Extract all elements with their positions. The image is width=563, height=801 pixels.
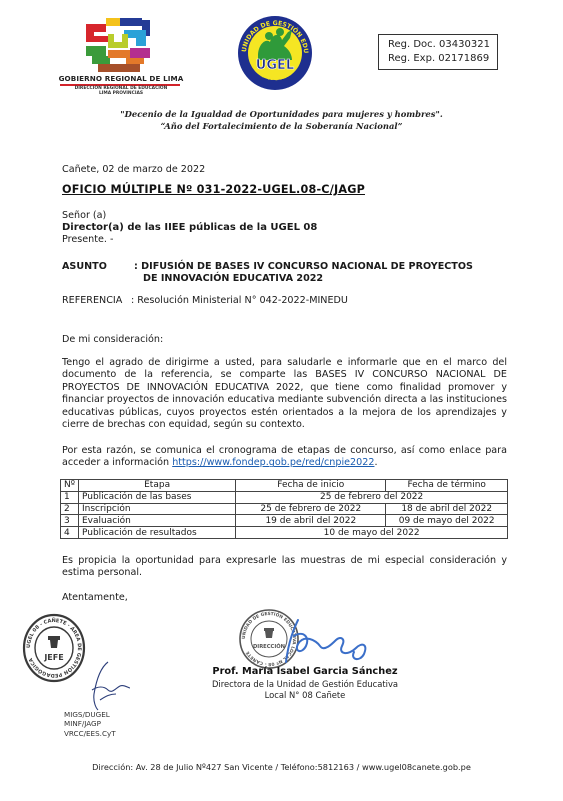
referencia-label: REFERENCIA [62,295,122,307]
gore-subtitle-line2: LIMA PROVINCIAS [56,91,186,96]
place-date: Cañete, 02 de marzo de 2022 [62,164,205,176]
ugel-logo: UNIDAD DE GESTIÓN EDUCATIVA LOCAL Nº 08 … [236,12,314,92]
header-number: Nº [61,480,79,492]
row-stage: Inscripción [78,503,235,515]
row-number: 4 [61,527,79,539]
signatory-role-line1: Directora de la Unidad de Gestión Educat… [195,679,415,690]
row-date: 10 de mayo del 2022 [236,527,508,539]
salutation-to: Señor (a) [62,210,106,222]
motto-decade: "Decenio de la Igualdad de Oportunidades… [0,109,563,119]
header-start: Fecha de inicio [236,480,386,492]
paragraph-intro: Tengo el agrado de dirigirme a usted, pa… [62,357,507,431]
asunto-line2: DE INNOVACIÓN EDUCATIVA 2022 [143,273,323,285]
asunto-line1: : DIFUSIÓN DE BASES IV CONCURSO NACIONAL… [134,261,473,273]
reg-exp: Reg. Exp. 02171869 [388,52,497,66]
gobierno-regional-lima-logo: GOBIERNO REGIONAL DE LIMA DIRECCIÓN REGI… [56,14,186,100]
farewell: Atentamente, [62,592,128,604]
row-date: 25 de febrero del 2022 [236,491,508,503]
row-stage: Publicación de las bases [78,491,235,503]
jefe-stamp-icon: UGEL 08 - CAÑETE · ÁREA DE GESTIÓN PEDAG… [22,612,86,684]
row-start: 19 de abril del 2022 [236,515,386,527]
gore-emblem-icon [86,18,152,72]
svg-text:UGEL: UGEL [256,58,294,73]
table-row: 2 Inscripción 25 de febrero de 2022 18 d… [61,503,508,515]
table-row: 3 Evaluación 19 de abril del 2022 09 de … [61,515,508,527]
footer-address: Dirección: Av. 28 de Julio Nº427 San Vic… [0,762,563,772]
document-title: OFICIO MÚLTIPLE Nº 031-2022-UGEL.08-C/JA… [62,183,365,196]
reference-initial: MINF/JAGP [64,719,116,728]
table-row: 4 Publicación de resultados 10 de mayo d… [61,527,508,539]
row-end: 18 de abril del 2022 [386,503,508,515]
row-start: 25 de febrero de 2022 [236,503,386,515]
fondep-link[interactable]: https://www.fondep.gob.pe/red/cnpie2022 [172,457,374,468]
motto-year: “Año del Fortalecimiento de la Soberanía… [0,121,563,131]
asunto-label: ASUNTO [62,261,107,273]
closing-paragraph: Es propicia la oportunidad para expresar… [62,555,507,580]
row-number: 3 [61,515,79,527]
referencia-value: : Resolución Ministerial N° 042-2022-MIN… [131,295,348,307]
schedule-table: Nº Etapa Fecha de inicio Fecha de términ… [60,479,508,539]
row-number: 1 [61,491,79,503]
header-end: Fecha de término [386,480,508,492]
director-signature-icon [276,616,376,672]
gore-title: GOBIERNO REGIONAL DE LIMA [56,74,186,83]
registry-box: Reg. Doc. 03430321 Reg. Exp. 02171869 [378,34,498,70]
row-number: 2 [61,503,79,515]
schedule-header-row: Nº Etapa Fecha de inicio Fecha de términ… [61,480,508,492]
signatory-role-line2: Local N° 08 Cañete [195,690,415,701]
gore-subtitle: DIRECCIÓN REGIONAL DE EDUCACIÓN LIMA PRO… [56,86,186,97]
reg-doc: Reg. Doc. 03430321 [388,38,497,52]
header-stage: Etapa [78,480,235,492]
paragraph-schedule-end: . [374,457,377,468]
signature-initials-icon [86,660,132,712]
presente: Presente. - [62,234,113,246]
reference-initial: VRCC/EES.CyT [64,729,116,738]
reference-initial: MIGS/DUGEL [64,710,116,719]
row-stage: Publicación de resultados [78,527,235,539]
svg-text:JEFE: JEFE [43,653,63,662]
signatory-role: Directora de la Unidad de Gestión Educat… [195,679,415,701]
row-end: 09 de mayo del 2022 [386,515,508,527]
reference-initials: MIGS/DUGEL MINF/JAGP VRCC/EES.CyT [64,710,116,738]
paragraph-schedule: Por esta razón, se comunica el cronogram… [62,445,507,470]
greeting: De mi consideración: [62,334,163,346]
table-row: 1 Publicación de las bases 25 de febrero… [61,491,508,503]
row-stage: Evaluación [78,515,235,527]
signatory-name: Prof. María Isabel Garcia Sánchez [205,666,405,677]
recipient: Director(a) de las IIEE públicas de la U… [62,222,317,234]
ugel-emblem-icon: UNIDAD DE GESTIÓN EDUCATIVA LOCAL Nº 08 … [236,12,314,92]
